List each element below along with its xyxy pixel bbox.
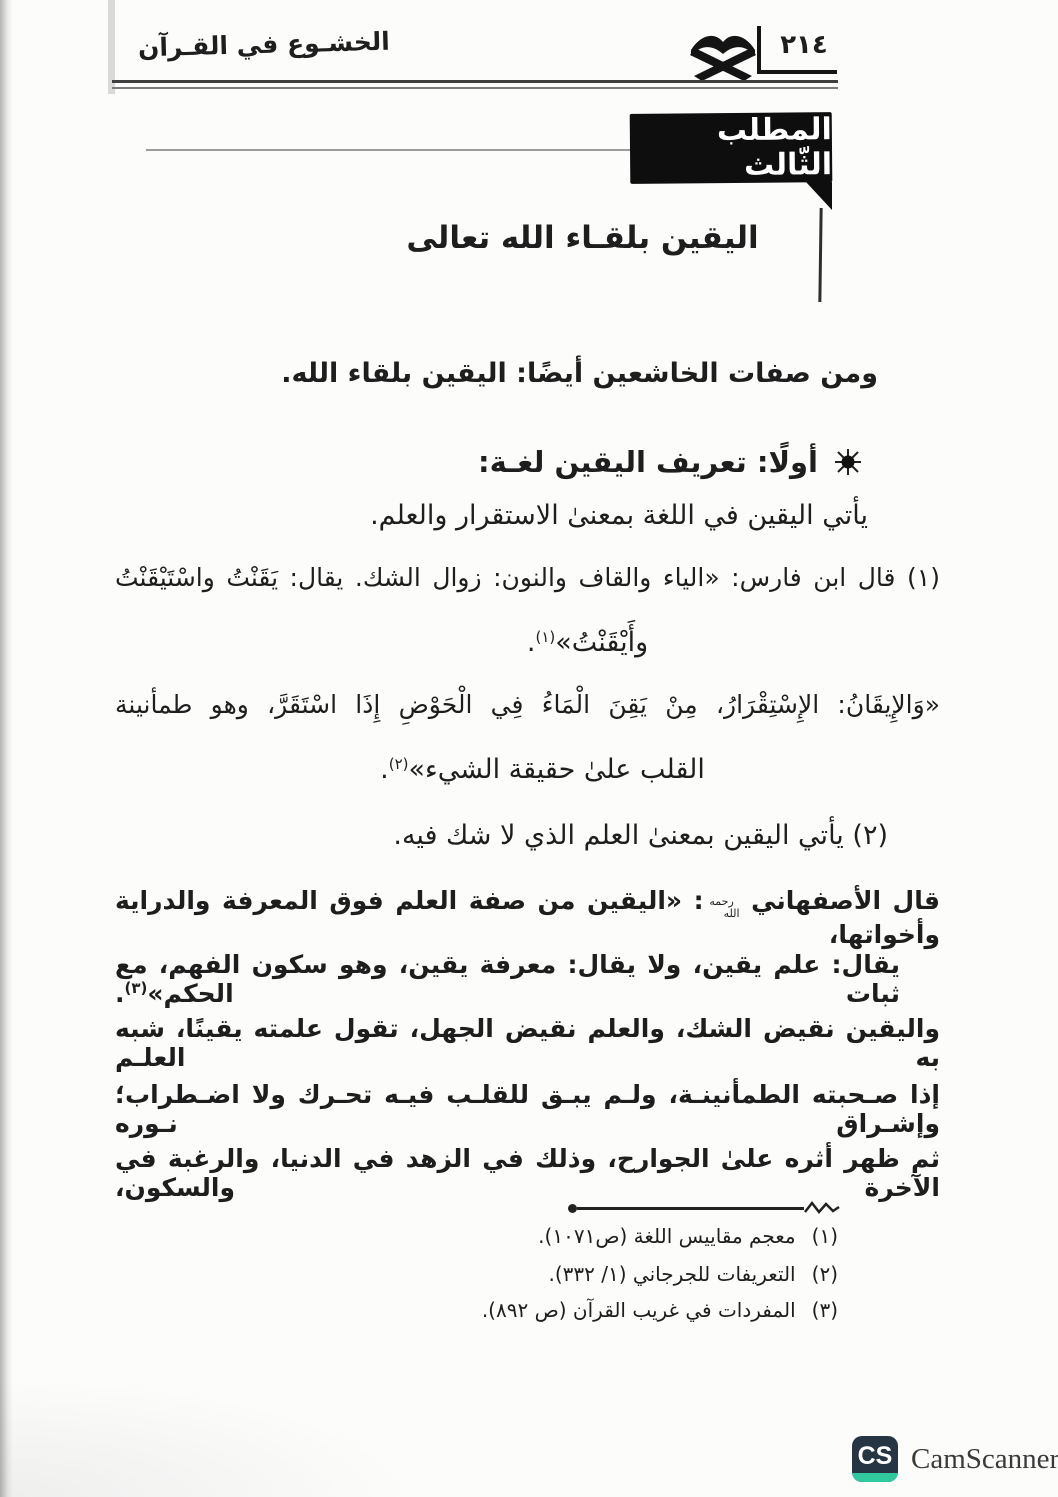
- footnote-marker-3: (٣): [125, 979, 148, 997]
- divider-dot: [568, 1204, 577, 1213]
- scan-edge-shadow: [0, 0, 13, 1497]
- footnote-item: (٢)التعريفات للجرجاني (١/ ٣٣٢).: [115, 1262, 838, 1286]
- camscanner-logo-icon: CS: [852, 1436, 898, 1482]
- speaker: قال الأصفهاني: [740, 886, 940, 915]
- body-line-iqaan-1: «وَالإِيقَانُ: الإِسْتِقْرَارُ، مِنْ يَق…: [115, 690, 940, 742]
- honorific-mark: رحمه الله: [704, 896, 740, 919]
- footnote-number: (٢): [812, 1262, 838, 1286]
- header-double-rule-top: [112, 80, 838, 83]
- camscanner-initials: CS: [858, 1442, 893, 1471]
- section-title: اليقين بلقـاء الله تعالى: [170, 220, 995, 256]
- footnote-item: (١)معجم مقاييس اللغة (ص١٠٧١).: [115, 1224, 838, 1248]
- footnote-marker-2: (٢): [389, 755, 409, 773]
- page-number: ٢١٤: [770, 30, 838, 60]
- footnote-number: (١): [812, 1224, 838, 1248]
- footnote-text: معجم مقاييس اللغة (ص١٠٧١).: [538, 1224, 795, 1248]
- body-line-asfahani-1: قال الأصفهاني رحمه الله: «اليقين من صفة …: [115, 886, 940, 938]
- body-line-iqaan-2: القلب علىٰ حقيقة الشيء»(٢).: [130, 754, 955, 806]
- period: .: [115, 979, 125, 1008]
- footnote-number: (٣): [812, 1298, 838, 1322]
- ordinal-heading: أولًا: تعريف اليقين لغـة:: [115, 436, 940, 488]
- body-line-language: يأتي اليقين في اللغة بمعنىٰ الاستقرار وا…: [115, 500, 940, 552]
- footnote-text: التعريفات للجرجاني (١/ ٣٣٢).: [549, 1262, 796, 1286]
- banner-leader-line: [146, 149, 630, 151]
- body-line-asfahani-2: يقال: علم يقين، ولا يقال: معرفة يقين، وه…: [115, 950, 940, 1002]
- footnote-text: المفردات في غريب القرآن (ص ٨٩٢).: [482, 1298, 796, 1322]
- quran-on-stand-icon: [686, 24, 760, 86]
- footnote-item: (٣)المفردات في غريب القرآن (ص ٨٩٢).: [115, 1298, 838, 1322]
- ordinal-heading-label: أولًا: تعريف اليقين لغـة:: [478, 445, 818, 479]
- body-line-conclusion-3: ثم ظهر أثره علىٰ الجوارح، وذلك في الزهد …: [115, 1144, 940, 1196]
- body-line-conclusion-2: إذا صـحبته الطمأنينـة، ولـم يبـق للقلـب …: [115, 1080, 940, 1132]
- period: .: [380, 754, 389, 785]
- divider-zigzag: [804, 1200, 840, 1216]
- header-book-title: الخشـوع في القـرآن: [138, 27, 390, 63]
- quote-end: يقال: علم يقين، ولا يقال: معرفة يقين، وه…: [115, 950, 900, 1008]
- header-corner-rule-horizontal: [757, 70, 837, 74]
- header-double-rule-bottom: [112, 87, 838, 89]
- quote-end: وأَيْقَنْتُ»: [555, 627, 648, 658]
- footnote-divider: [568, 1200, 840, 1216]
- body-line-ibnfaris-2: وأَيْقَنْتُ»(١).: [175, 627, 1000, 679]
- scanned-book-page: الخشـوع في القـرآن ٢١٤ المطلب الثّالث ال…: [0, 0, 1058, 1497]
- intro-line: ومن صفات الخاشعين أيضًا: اليقين بلقاء ال…: [115, 358, 940, 410]
- header-corner-rule-vertical: [757, 26, 761, 74]
- body-line-ibnfaris-1: (١) قال ابن فارس: «الياء والقاف والنون: …: [115, 563, 940, 615]
- footnote-marker-1: (١): [535, 628, 555, 646]
- divider-line: [577, 1207, 804, 1210]
- chapter-banner-label: المطلب الثّالث: [630, 112, 833, 184]
- quote-end: القلب علىٰ حقيقة الشيء»: [409, 754, 705, 785]
- banner-ribbon-fold: [806, 182, 832, 210]
- star-ornament-icon: [834, 448, 862, 476]
- camscanner-name: CamScanner: [911, 1443, 1058, 1476]
- body-line-meaning-2: (٢) يأتي اليقين بمعنىٰ العلم الذي لا شك …: [115, 820, 940, 872]
- camscanner-accent-bar: [852, 1473, 898, 1482]
- chapter-banner: المطلب الثّالث: [630, 112, 833, 184]
- camscanner-watermark: CS CamScanner: [852, 1436, 1058, 1482]
- body-line-conclusion-1: واليقين نقيض الشك، والعلم نقيض الجهل، تق…: [115, 1014, 940, 1066]
- scan-bottom-shade: [0, 1377, 420, 1497]
